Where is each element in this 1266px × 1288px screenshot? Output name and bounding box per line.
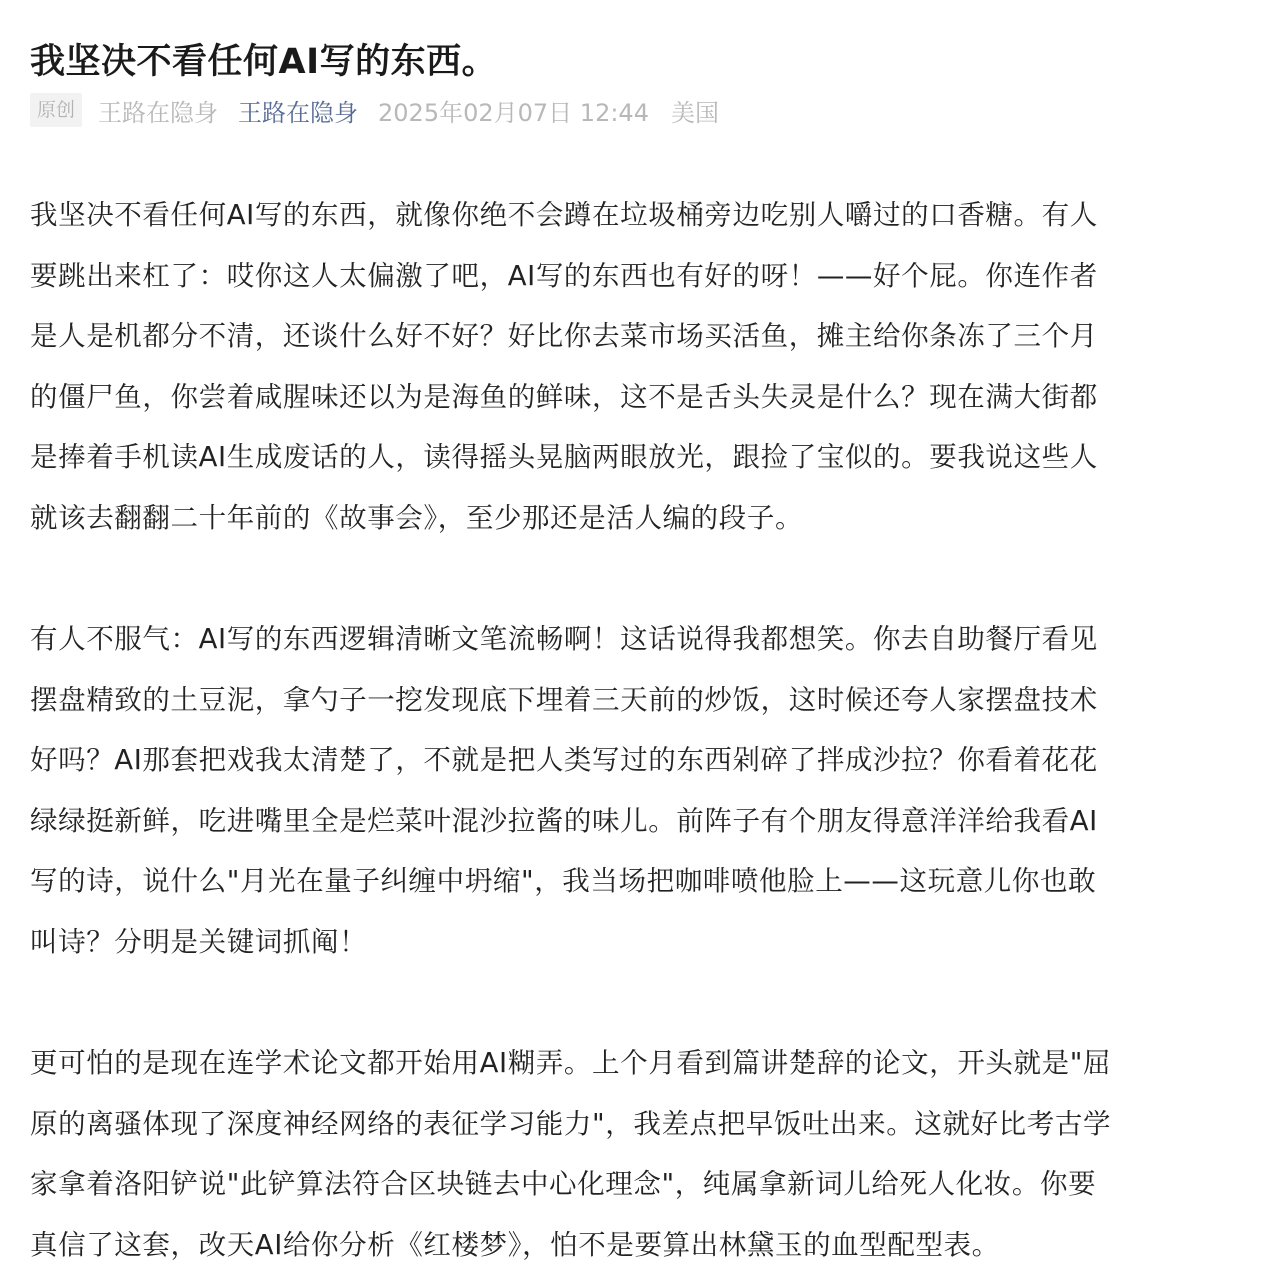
article-meta: 原创 王路在隐身 王路在隐身 2025年02月07日 12:44 美国	[30, 90, 719, 130]
paragraph-line: 我坚决不看任何AI写的东西，就像你绝不会蹲在垃圾桶旁边吃别人嚼过的口香糖。有人	[30, 185, 1240, 246]
paragraph-line: 要跳出来杠了：哎你这人太偏激了吧，AI写的东西也有好的呀！——好个屁。你连作者	[30, 246, 1240, 307]
paragraph-line: 摆盘精致的土豆泥，拿勺子一挖发现底下埋着三天前的炒饭，这时候还夸人家摆盘技术	[30, 670, 1240, 731]
paragraph-line: 写的诗，说什么"月光在量子纠缠中坍缩"，我当场把咖啡喷他脸上——这玩意儿你也敢	[30, 851, 1240, 912]
publish-location: 美国	[671, 93, 719, 128]
paragraph-line: 家拿着洛阳铲说"此铲算法符合区块链去中心化理念"，纯属拿新词儿给死人化妆。你要	[30, 1154, 1240, 1215]
paragraph-line: 就该去翻翻二十年前的《故事会》，至少那还是活人编的段子。	[30, 488, 1240, 549]
paragraph-line: 是人是机都分不清，还谈什么好不好？好比你去菜市场买活鱼，摊主给你条冻了三个月	[30, 306, 1240, 367]
paragraph-3: 更可怕的是现在连学术论文都开始用AI糊弄。上个月看到篇讲楚辞的论文，开头就是"屈…	[30, 1033, 1240, 1275]
paragraph-1: 我坚决不看任何AI写的东西，就像你绝不会蹲在垃圾桶旁边吃别人嚼过的口香糖。有人 …	[30, 185, 1240, 548]
paragraph-line: 的僵尸鱼，你尝着咸腥味还以为是海鱼的鲜味，这不是舌头失灵是什么？现在满大街都	[30, 367, 1240, 428]
publish-date: 2025年02月07日 12:44	[378, 93, 649, 128]
paragraph-line: 好吗？AI那套把戏我太清楚了，不就是把人类写过的东西剁碎了拌成沙拉？你看着花花	[30, 730, 1240, 791]
paragraph-line: 真信了这套，改天AI给你分析《红楼梦》，怕不是要算出林黛玉的血型配型表。	[30, 1215, 1240, 1276]
paragraph-line: 叫诗？分明是关键词抓阄！	[30, 912, 1240, 973]
paragraph-2: 有人不服气：AI写的东西逻辑清晰文笔流畅啊！这话说得我都想笑。你去自助餐厅看见 …	[30, 609, 1240, 972]
paragraph-line: 原的离骚体现了深度神经网络的表征学习能力"，我差点把早饭吐出来。这就好比考古学	[30, 1094, 1240, 1155]
paragraph-line: 有人不服气：AI写的东西逻辑清晰文笔流畅啊！这话说得我都想笑。你去自助餐厅看见	[30, 609, 1240, 670]
paragraph-line: 更可怕的是现在连学术论文都开始用AI糊弄。上个月看到篇讲楚辞的论文，开头就是"屈	[30, 1033, 1240, 1094]
original-badge: 原创	[30, 93, 82, 127]
paragraph-line: 是捧着手机读AI生成废话的人，读得摇头晃脑两眼放光，跟捡了宝似的。要我说这些人	[30, 427, 1240, 488]
author-name: 王路在隐身	[98, 93, 218, 128]
article-title: 我坚决不看任何AI写的东西。	[30, 37, 497, 87]
paragraph-line: 绿绿挺新鲜，吃进嘴里全是烂菜叶混沙拉酱的味儿。前阵子有个朋友得意洋洋给我看AI	[30, 791, 1240, 852]
account-name-link[interactable]: 王路在隐身	[238, 93, 358, 128]
